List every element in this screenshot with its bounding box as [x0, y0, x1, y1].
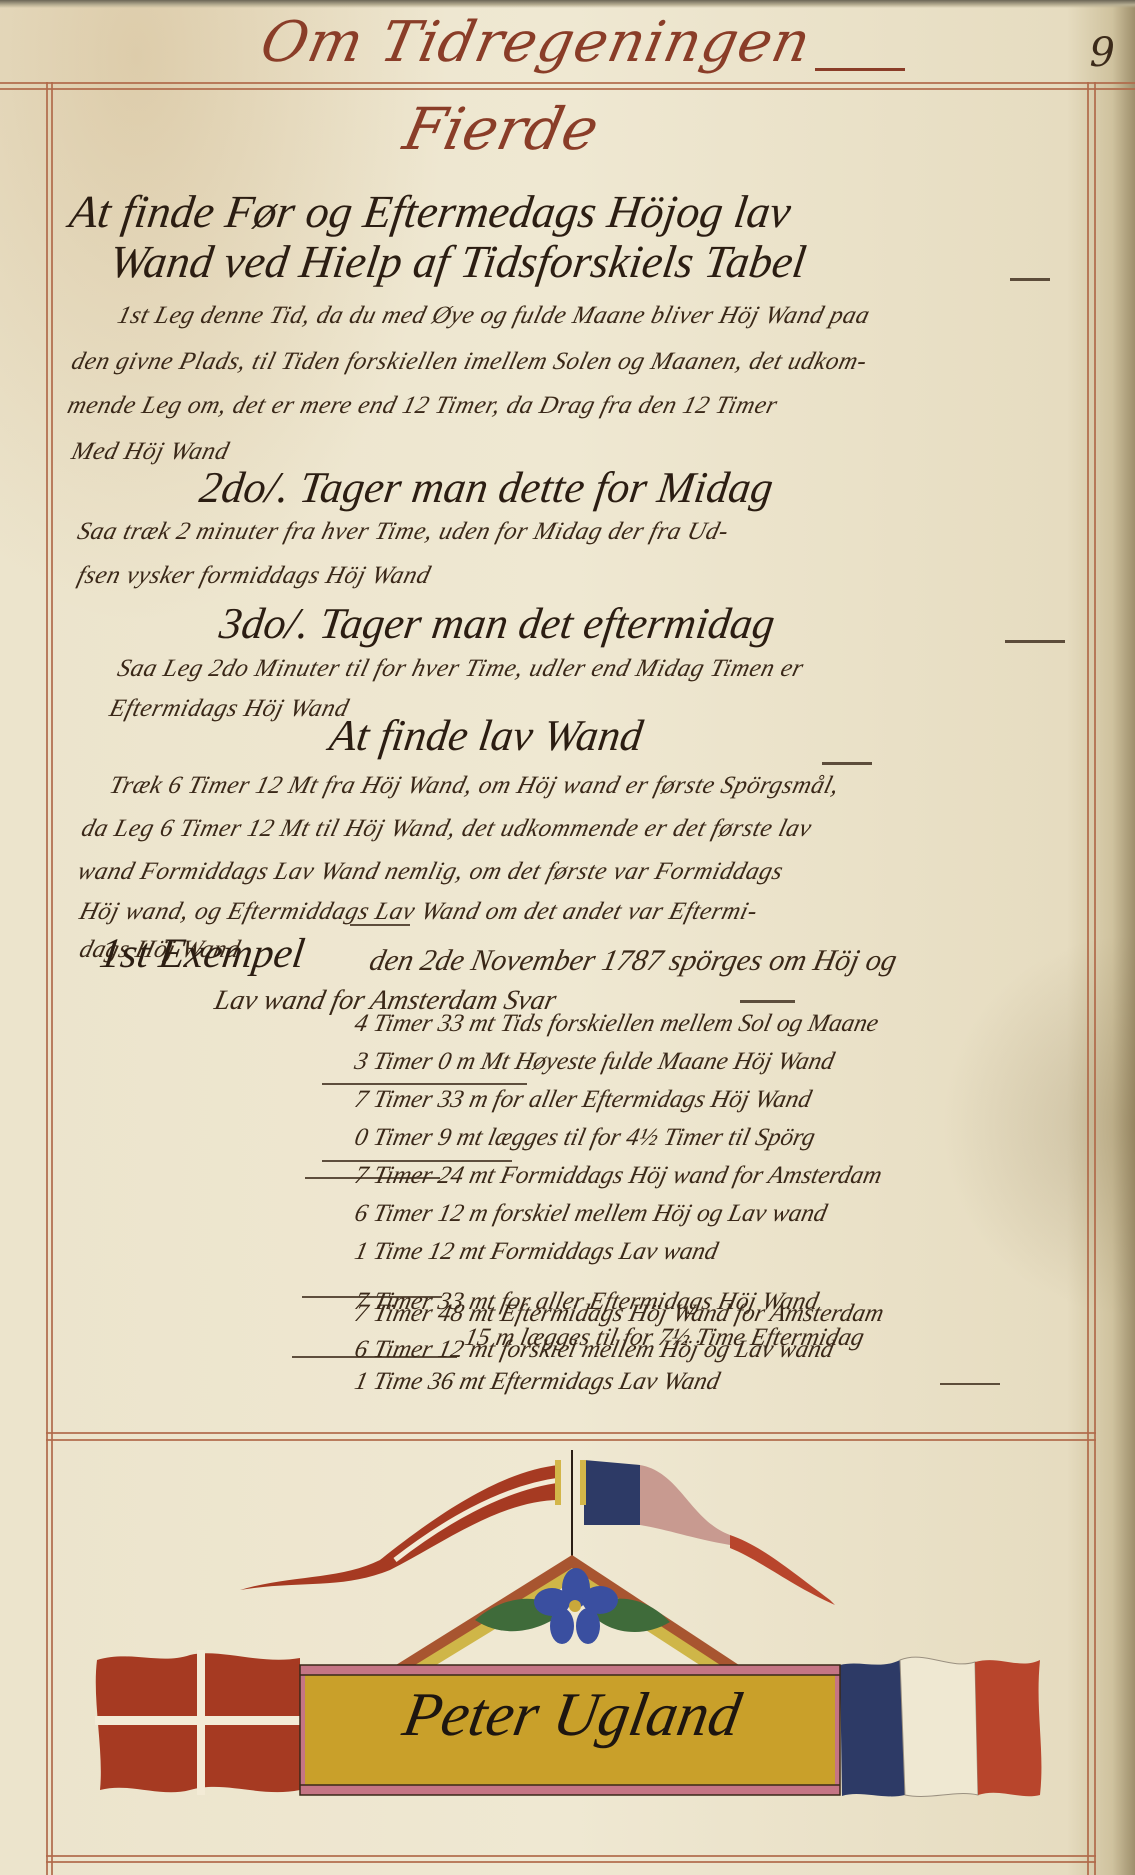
paragraph-1-line: mende Leg om, det er mere end 12 Timer, … — [65, 392, 781, 420]
subhead-3: 3do/. Tager man det eftermidag — [216, 598, 778, 649]
header-rule-1 — [0, 82, 1135, 84]
example-time: 6 Timer 12 mt — [352, 1336, 497, 1363]
paragraph-4-line: Træk 6 Timer 12 Mt fra Höj Wand, om Höj … — [107, 772, 843, 800]
paragraph-3-line: Saa Leg 2do Minuter til for hver Time, u… — [115, 655, 807, 683]
example-sum-line — [322, 1083, 527, 1085]
tricolor-flag-icon — [840, 1657, 1041, 1796]
example-time: 7 Timer 48 mt — [352, 1300, 497, 1327]
example-sum-line — [302, 1296, 442, 1298]
example-text: Eftermidags Höj Wand for Amsterdam — [498, 1300, 886, 1327]
example-time: 1 Time 36 mt — [352, 1368, 488, 1395]
example-text: forskiel mellem Höj og Lav wand — [491, 1200, 829, 1227]
subhead-4-underline — [822, 762, 872, 765]
paragraph-4-line: wand Formiddags Lav Wand nemlig, om det … — [75, 858, 787, 886]
paragraph-2-line: fsen vysker formiddags Höj Wand — [75, 562, 434, 590]
paragraph-3-line: Eftermidags Höj Wand — [107, 695, 352, 723]
example-time: 4 Timer 33 mt — [352, 1010, 497, 1037]
subhead-3-underline — [1005, 640, 1065, 643]
nameplate-illustration — [90, 1440, 1050, 1850]
manuscript-page: Om Tidregeningen 9 Fierde At finde Før o… — [0, 0, 1135, 1875]
page-title: Om Tidregeningen — [255, 10, 817, 75]
right-margin-rule-2 — [1094, 82, 1096, 1875]
page-top-edge — [0, 0, 1135, 8]
heading-line-2: Wand ved Hielp af Tidsforskiels Tabel — [106, 235, 809, 288]
example-text: Formiddags Lav wand — [488, 1238, 720, 1265]
example-text: for aller Eftermidags Höj Wand — [491, 1086, 814, 1113]
paragraph-2-line: Saa træk 2 minuter fra hver Time, uden f… — [75, 518, 732, 546]
example-intro-line-1: den 2de November 1787 spörges om Höj og — [366, 944, 900, 978]
paragraph-4-underline — [350, 924, 410, 926]
example-row: 7 Timer 24 mt Formiddags Höj wand for Am… — [352, 1162, 884, 1190]
subhead-2: 2do/. Tager man dette for Midag — [196, 462, 776, 513]
example-time: 7 Timer 24 mt — [352, 1162, 497, 1189]
bottom-rule-2 — [46, 1861, 1096, 1863]
header-rule-2 — [0, 88, 1135, 90]
example-row: 1 Time 12 mt Formiddags Lav wand — [352, 1238, 720, 1266]
left-margin-rule-2 — [51, 82, 53, 1875]
example-text: forskiel mellem Höj og Lav wand — [498, 1336, 836, 1363]
heading-underline — [1010, 278, 1050, 281]
example-row: 7 Timer 48 mt Eftermidags Höj Wand for A… — [352, 1300, 886, 1328]
example-end-dash — [940, 1383, 1000, 1385]
example-text: lægges til for 4½ Timer til Spörg — [486, 1124, 818, 1151]
example-time: 6 Timer 12 m — [352, 1200, 490, 1227]
paragraph-4-line: Höj wand, og Eftermiddags Lav Wand om de… — [77, 898, 761, 926]
subhead-4: At finde lav Wand — [326, 710, 646, 761]
example-sum-line — [292, 1356, 457, 1358]
example-intro-underline — [740, 1000, 795, 1003]
blue-red-pennant-icon — [580, 1460, 835, 1605]
example-time: 1 Time 12 mt — [352, 1238, 488, 1265]
danish-flag-icon — [95, 1650, 303, 1795]
bottom-rule-1 — [46, 1855, 1096, 1857]
example-time: 3 Timer 0 m Mt — [352, 1048, 512, 1075]
danish-pennant-icon — [240, 1460, 561, 1590]
divider-rule-1 — [46, 1432, 1096, 1434]
example-row: 1 Time 36 mt Eftermidags Lav Wand — [352, 1368, 722, 1396]
paragraph-1-line: 1st Leg denne Tid, da du med Øye og fuld… — [115, 302, 873, 330]
example-label: 1st Exempel — [97, 930, 308, 978]
example-time: 7 Timer 33 m — [352, 1086, 490, 1113]
example-row: 4 Timer 33 mt Tids forskiellen mellem So… — [352, 1010, 881, 1038]
section-title: Fierde — [398, 95, 605, 163]
example-text: Høyeste fulde Maane Höj Wand — [513, 1048, 837, 1075]
page-number: 9 — [1090, 30, 1115, 76]
page-title-dash — [815, 68, 905, 71]
example-sum-line — [305, 1177, 440, 1179]
left-margin-rule-1 — [46, 82, 48, 1875]
example-text: Tids forskiellen mellem Sol og Maane — [498, 1010, 881, 1037]
right-margin-rule-1 — [1087, 82, 1089, 1875]
example-row: 3 Timer 0 m Mt Høyeste fulde Maane Höj W… — [352, 1048, 837, 1076]
example-row: 6 Timer 12 m forskiel mellem Höj og Lav … — [352, 1200, 829, 1228]
heading-line-1: At finde Før og Eftermedags Höjog lav — [66, 185, 794, 238]
example-row: 0 Timer 9 mt lægges til for 4½ Timer til… — [352, 1124, 818, 1152]
example-row: 7 Timer 33 m for aller Eftermidags Höj W… — [352, 1086, 814, 1114]
nameplate-name: Peter Ugland — [316, 1680, 829, 1751]
example-text: Eftermidags Lav Wand — [488, 1368, 722, 1395]
example-time: 0 Timer 9 mt — [352, 1124, 485, 1151]
paragraph-4-line: da Leg 6 Timer 12 Mt til Höj Wand, det u… — [79, 815, 815, 843]
example-row: 6 Timer 12 mt forskiel mellem Höj og Lav… — [352, 1336, 836, 1364]
paragraph-1-line: den givne Plads, til Tiden forskiellen i… — [69, 348, 870, 376]
example-text: Formiddags Höj wand for Amsterdam — [498, 1162, 884, 1189]
